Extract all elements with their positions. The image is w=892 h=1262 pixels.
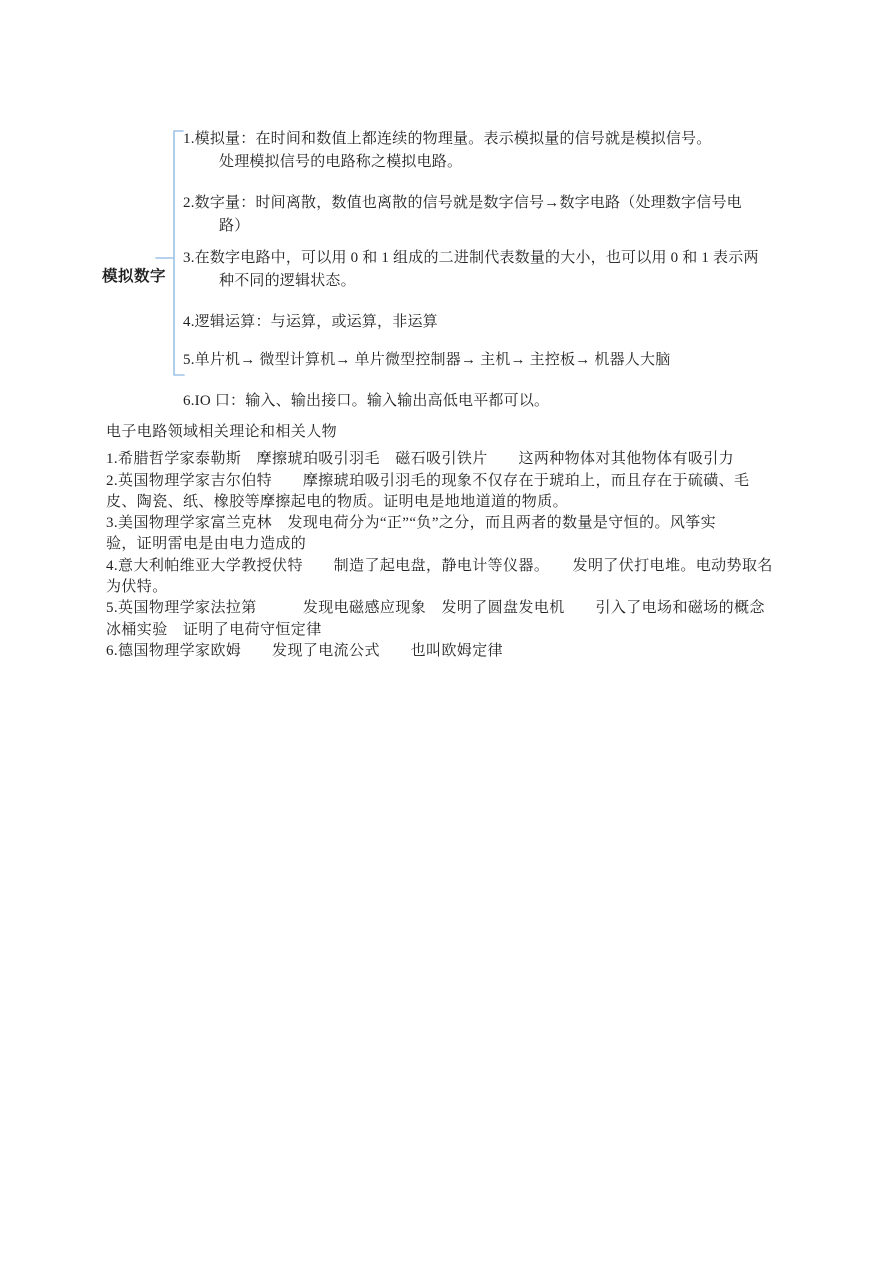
note-item-1: 1.模拟量：在时间和数值上都连续的物理量。表示模拟量的信号就是模拟信号。 处理模… (183, 128, 823, 173)
history-section: 电子电路领域相关理论和相关人物 1.希腊哲学家泰勒斯 摩擦琥珀吸引羽毛 磁石吸引… (106, 422, 866, 662)
note-5-line-1: 5.单片机→ 微型计算机→ 单片微型控制器→ 主机→ 主控板→ 机器人大脑 (183, 349, 823, 372)
note-2-line-2: 路） (183, 215, 823, 238)
history-line: 6.德国物理学家欧姆 发现了电流公式 也叫欧姆定律 (106, 641, 866, 662)
history-line: 皮、陶瓷、纸、橡胶等摩擦起电的物质。证明电是地地道道的物质。 (106, 492, 866, 513)
note-1-line-1: 1.模拟量：在时间和数值上都连续的物理量。表示模拟量的信号就是模拟信号。 (183, 128, 823, 151)
note-3-line-1: 3.在数字电路中，可以用 0 和 1 组成的二进制代表数量的大小，也可以用 0 … (183, 247, 823, 270)
history-line: 5.英国物理学家法拉第 发现电磁感应现象 发明了圆盘发电机 引入了电场和磁场的概… (106, 598, 866, 619)
note-item-6: 6.IO 口：输入、输出接口。输入输出高低电平都可以。 (183, 390, 823, 413)
note-item-2: 2.数字量：时间离散，数值也离散的信号就是数字信号→数字电路（处理数字信号电 路… (183, 192, 823, 237)
note-1-line-2: 处理模拟信号的电路称之模拟电路。 (183, 151, 823, 174)
note-3-line-2: 种不同的逻辑状态。 (183, 270, 823, 293)
note-item-5: 5.单片机→ 微型计算机→ 单片微型控制器→ 主机→ 主控板→ 机器人大脑 (183, 349, 823, 372)
history-line: 1.希腊哲学家泰勒斯 摩擦琥珀吸引羽毛 磁石吸引铁片 这两种物体对其他物体有吸引… (106, 449, 866, 470)
history-line: 2.英国物理学家吉尔伯特 摩擦琥珀吸引羽毛的现象不仅存在于琥珀上，而且存在于硫磺… (106, 471, 866, 492)
history-line: 为伏特。 (106, 577, 866, 598)
note-4-line-1: 4.逻辑运算：与运算，或运算，非运算 (183, 311, 823, 334)
left-brace-path (156, 131, 184, 375)
note-item-3: 3.在数字电路中，可以用 0 和 1 组成的二进制代表数量的大小，也可以用 0 … (183, 247, 823, 292)
history-line: 3.美国物理学家富兰克林 发现电荷分为“正”“负”之分，而且两者的数量是守恒的。… (106, 513, 866, 534)
history-line: 验，证明雷电是由电力造成的 (106, 534, 866, 555)
history-line: 4.意大利帕维亚大学教授伏特 制造了起电盘，静电计等仪器。 发明了伏打电堆。电动… (106, 556, 866, 577)
history-section-title: 电子电路领域相关理论和相关人物 (106, 422, 866, 443)
note-item-4: 4.逻辑运算：与运算，或运算，非运算 (183, 311, 823, 334)
left-brace-shape (152, 129, 186, 379)
note-6-line-1: 6.IO 口：输入、输出接口。输入输出高低电平都可以。 (183, 390, 823, 413)
note-2-line-1: 2.数字量：时间离散，数值也离散的信号就是数字信号→数字电路（处理数字信号电 (183, 192, 823, 215)
history-line: 冰桶实验 证明了电荷守恒定律 (106, 620, 866, 641)
document-page: 模拟数字 1.模拟量：在时间和数值上都连续的物理量。表示模拟量的信号就是模拟信号… (0, 0, 892, 1262)
